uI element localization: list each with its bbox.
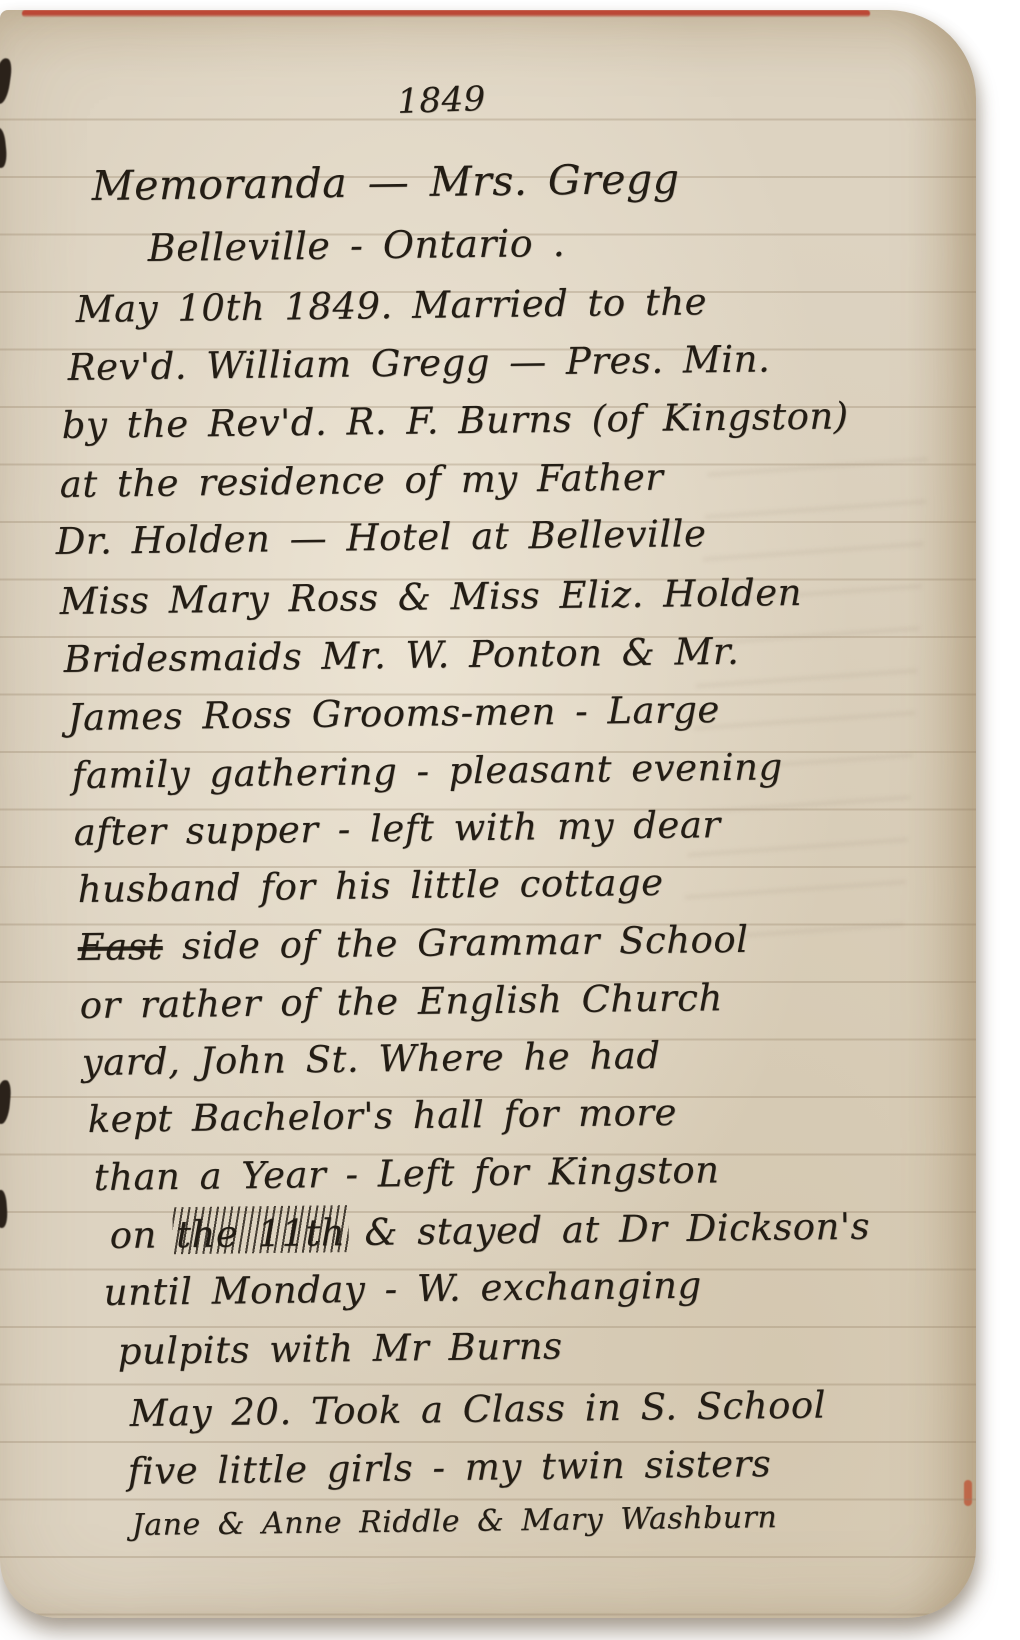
- manuscript-line: after supper - left with my dear: [73, 803, 720, 854]
- manuscript-line: May 10th 1849. Married to the: [75, 280, 707, 331]
- manuscript-line: until Monday - W. exchanging: [103, 1264, 701, 1314]
- binding-mark: [0, 1079, 12, 1124]
- manuscript-line: than a Year - Left for Kingston: [93, 1148, 719, 1199]
- binding-mark: [0, 1190, 8, 1229]
- manuscript-line: yard, John St. Where he had: [81, 1034, 660, 1084]
- manuscript-line: husband for his little cottage: [77, 861, 663, 911]
- scribbled-phrase: the 11th: [176, 1211, 346, 1256]
- red-edge-fragment: [964, 1480, 972, 1506]
- manuscript-line: family gathering - pleasant evening: [71, 745, 782, 797]
- manuscript-line: Dr. Holden — Hotel at Belleville: [55, 512, 706, 563]
- manuscript-line-strikethrough: East side of the Grammar School: [77, 918, 748, 969]
- manuscript-line: at the residence of my Father: [59, 456, 663, 506]
- manuscript-line: by the Rev'd. R. F. Burns (of Kingston): [61, 394, 848, 447]
- ink-showthrough: [683, 435, 929, 946]
- manuscript-line: pulpits with Mr Burns: [117, 1325, 562, 1373]
- manuscript-line: Rev'd. William Gregg — Pres. Min.: [67, 337, 770, 389]
- notebook-page: 1849 Memoranda — Mrs. Gregg Belleville -…: [0, 10, 976, 1618]
- scanned-document: 1849 Memoranda — Mrs. Gregg Belleville -…: [0, 0, 1020, 1640]
- year-heading: 1849: [397, 79, 487, 122]
- binding-mark: [0, 127, 8, 168]
- manuscript-line: five little girls - my twin sisters: [127, 1442, 771, 1493]
- binding-mark: [0, 57, 13, 105]
- manuscript-line: or rather of the English Church: [79, 976, 723, 1027]
- manuscript-line-scribbled: on the 11th & stayed at Dr Dickson's: [109, 1205, 870, 1257]
- manuscript-line: kept Bachelor's hall for more: [87, 1091, 677, 1141]
- red-stained-page-edge: [22, 10, 870, 17]
- manuscript-line: Miss Mary Ross & Miss Eliz. Holden: [59, 571, 802, 623]
- manuscript-line: Jane & Anne Riddle & Mary Washburn: [132, 1500, 778, 1543]
- manuscript-line: James Ross Grooms-men - Large: [67, 688, 720, 739]
- manuscript-header: Memoranda — Mrs. Gregg: [91, 155, 679, 210]
- struck-word: East: [77, 925, 162, 969]
- manuscript-line: Bridesmaids Mr. W. Ponton & Mr.: [63, 630, 739, 681]
- manuscript-line: May 20. Took a Class in S. School: [129, 1383, 826, 1435]
- manuscript-subheader: Belleville - Ontario .: [147, 221, 565, 270]
